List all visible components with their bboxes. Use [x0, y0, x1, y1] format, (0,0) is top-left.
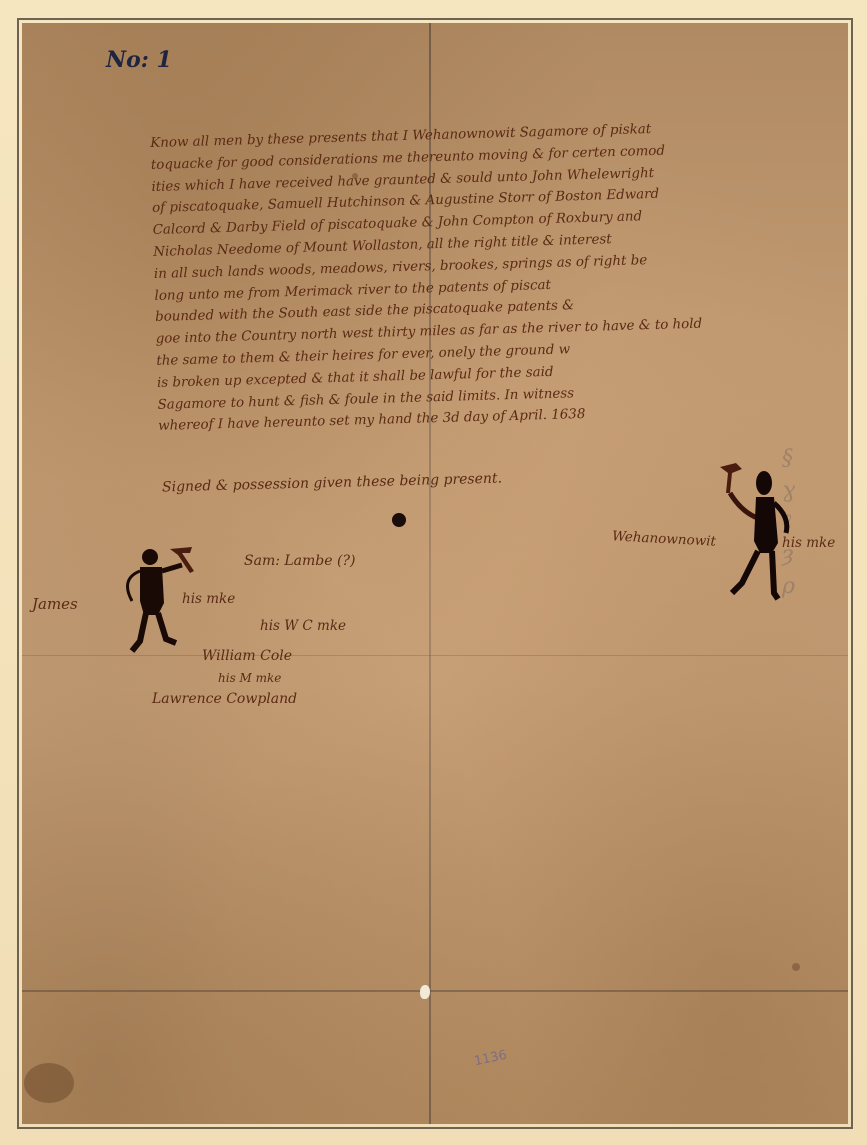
witness-james-name: James	[32, 595, 78, 613]
witness-signature: William Cole	[202, 648, 292, 664]
horizontal-fold-line-lower	[22, 990, 848, 992]
grantor-signature: Wehanownowit	[612, 528, 717, 549]
grantor-pictograph-mark-icon	[702, 453, 802, 603]
stain	[792, 963, 800, 971]
ink-blot	[392, 513, 406, 527]
paper-hole	[420, 985, 430, 999]
grantor-name: Wehanownowit	[612, 528, 717, 549]
witness-signature: Lawrence Cowpland	[152, 691, 297, 707]
manuscript-page: No: 1 §ɣℓȝρ Know all men by these presen…	[22, 23, 848, 1124]
grantor-mark-label: his mke	[782, 535, 835, 551]
witness-signature: his W C mke	[260, 618, 346, 634]
witness-james-mark-label: his mke	[182, 591, 235, 607]
attestation-line: Signed & possession given these being pr…	[162, 471, 502, 496]
stain	[24, 1063, 74, 1103]
catalog-number: No: 1	[106, 47, 172, 73]
witness-signature: Sam: Lambe (?)	[244, 553, 355, 569]
archival-pencil-note: 1136	[473, 1048, 508, 1070]
witness-signature: his M mke	[218, 671, 281, 685]
deed-body-text: Know all men by these presents that I We…	[150, 113, 848, 438]
